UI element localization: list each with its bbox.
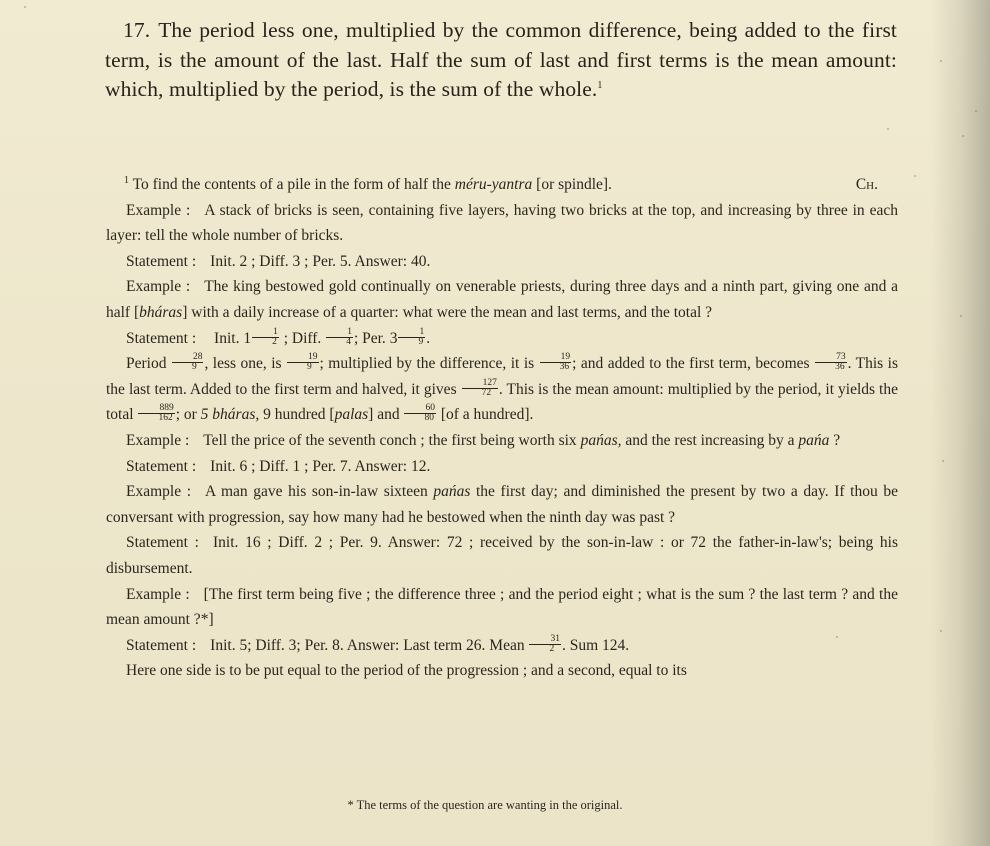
statement-label: Statement : bbox=[126, 534, 199, 551]
fraction: 7336 bbox=[815, 353, 847, 372]
closing-text: Here one side is to be put equal to the … bbox=[106, 658, 898, 684]
note-heading: 1 To find the contents of a pile in the … bbox=[106, 172, 898, 198]
note-heading-term: méru-yantra bbox=[455, 176, 533, 193]
attribution: Ch. bbox=[856, 172, 878, 198]
rule-17-paragraph: 17.The period less one, multiplied by th… bbox=[105, 16, 897, 105]
init-value: 112 bbox=[243, 330, 280, 347]
diff-label: Diff. bbox=[292, 330, 321, 347]
paper-speck bbox=[24, 6, 26, 8]
book-page: 17.The period less one, multiplied by th… bbox=[0, 0, 990, 846]
example-term: bháras bbox=[139, 304, 182, 321]
statement-label: Statement : bbox=[126, 253, 196, 270]
paper-speck bbox=[960, 315, 962, 317]
diff-value: 14 bbox=[326, 328, 353, 347]
mean-fraction: 312 bbox=[529, 635, 561, 654]
example-text: A stack of bricks is seen, containing fi… bbox=[106, 202, 898, 245]
paper-speck bbox=[942, 460, 944, 462]
example-text: [The first term being five ; the differe… bbox=[106, 586, 898, 629]
example-label: Example : bbox=[126, 432, 189, 449]
example-4: Example :A man gave his son-in-law sixte… bbox=[106, 479, 898, 530]
statement-text: Init. 6 ; Diff. 1 ; Per. 7. Answer: 12. bbox=[210, 458, 430, 475]
statement-4: Statement :Init. 16 ; Diff. 2 ; Per. 9. … bbox=[106, 530, 898, 581]
fraction: 889162 bbox=[138, 404, 174, 423]
note-heading-text-end: [or spindle]. bbox=[532, 176, 612, 193]
example-label: Example : bbox=[126, 202, 190, 219]
statement-text: Init. 2 ; Diff. 3 ; Per. 5. Answer: 40. bbox=[210, 253, 430, 270]
statement-label: Statement : bbox=[126, 637, 196, 654]
paper-speck bbox=[940, 630, 942, 632]
footnote-marker: 1 bbox=[597, 80, 602, 91]
paper-speck bbox=[914, 175, 916, 177]
paper-speck bbox=[887, 128, 889, 130]
fraction: 1936 bbox=[540, 353, 572, 372]
rule-text: The period less one, multiplied by the c… bbox=[105, 18, 897, 101]
commentary-notes: 1 To find the contents of a pile in the … bbox=[106, 172, 898, 684]
example-1: Example :A stack of bricks is seen, cont… bbox=[106, 198, 898, 249]
statement-5: Statement :Init. 5; Diff. 3; Per. 8. Ans… bbox=[106, 633, 898, 659]
note-marker: 1 bbox=[124, 175, 129, 186]
statement-2: Statement : Init. 112 ; Diff. 14; Per. 3… bbox=[106, 326, 898, 352]
footnote-text: The terms of the question are wanting in… bbox=[357, 798, 623, 812]
per-value: 319 bbox=[390, 330, 427, 347]
example-3: Example :Tell the price of the seventh c… bbox=[106, 428, 898, 454]
rule-number: 17. bbox=[105, 16, 150, 46]
example-2: Example :The king bestowed gold continua… bbox=[106, 274, 898, 325]
fraction: 289 bbox=[172, 353, 204, 372]
example-label: Example : bbox=[126, 483, 191, 500]
statement-text: Init. 16 ; Diff. 2 ; Per. 9. Answer: 72 … bbox=[106, 534, 898, 577]
example-5: Example :[The first term being five ; th… bbox=[106, 582, 898, 633]
page-footnote: * The terms of the question are wanting … bbox=[0, 798, 990, 813]
footnote-asterisk: * bbox=[347, 798, 353, 812]
per-label: Per. bbox=[362, 330, 386, 347]
working-2: Period 289, less one, is 199; multiplied… bbox=[106, 351, 898, 428]
fraction: 12772 bbox=[462, 379, 498, 398]
paper-speck bbox=[940, 60, 942, 62]
paper-speck bbox=[975, 110, 977, 112]
fraction: 6080 bbox=[404, 404, 436, 423]
statement-label: Statement : bbox=[126, 458, 196, 475]
paper-speck bbox=[836, 636, 838, 638]
init-label: Init. bbox=[214, 330, 239, 347]
note-heading-text: To find the contents of a pile in the fo… bbox=[133, 176, 455, 193]
example-label: Example : bbox=[126, 586, 190, 603]
statement-1: Statement :Init. 2 ; Diff. 3 ; Per. 5. A… bbox=[106, 249, 898, 275]
statement-label: Statement : bbox=[126, 330, 196, 347]
statement-3: Statement :Init. 6 ; Diff. 1 ; Per. 7. A… bbox=[106, 454, 898, 480]
fraction: 199 bbox=[287, 353, 319, 372]
paper-speck bbox=[962, 135, 964, 137]
example-text-end: ] with a daily increase of a quarter: wh… bbox=[182, 304, 712, 321]
example-label: Example : bbox=[126, 278, 190, 295]
